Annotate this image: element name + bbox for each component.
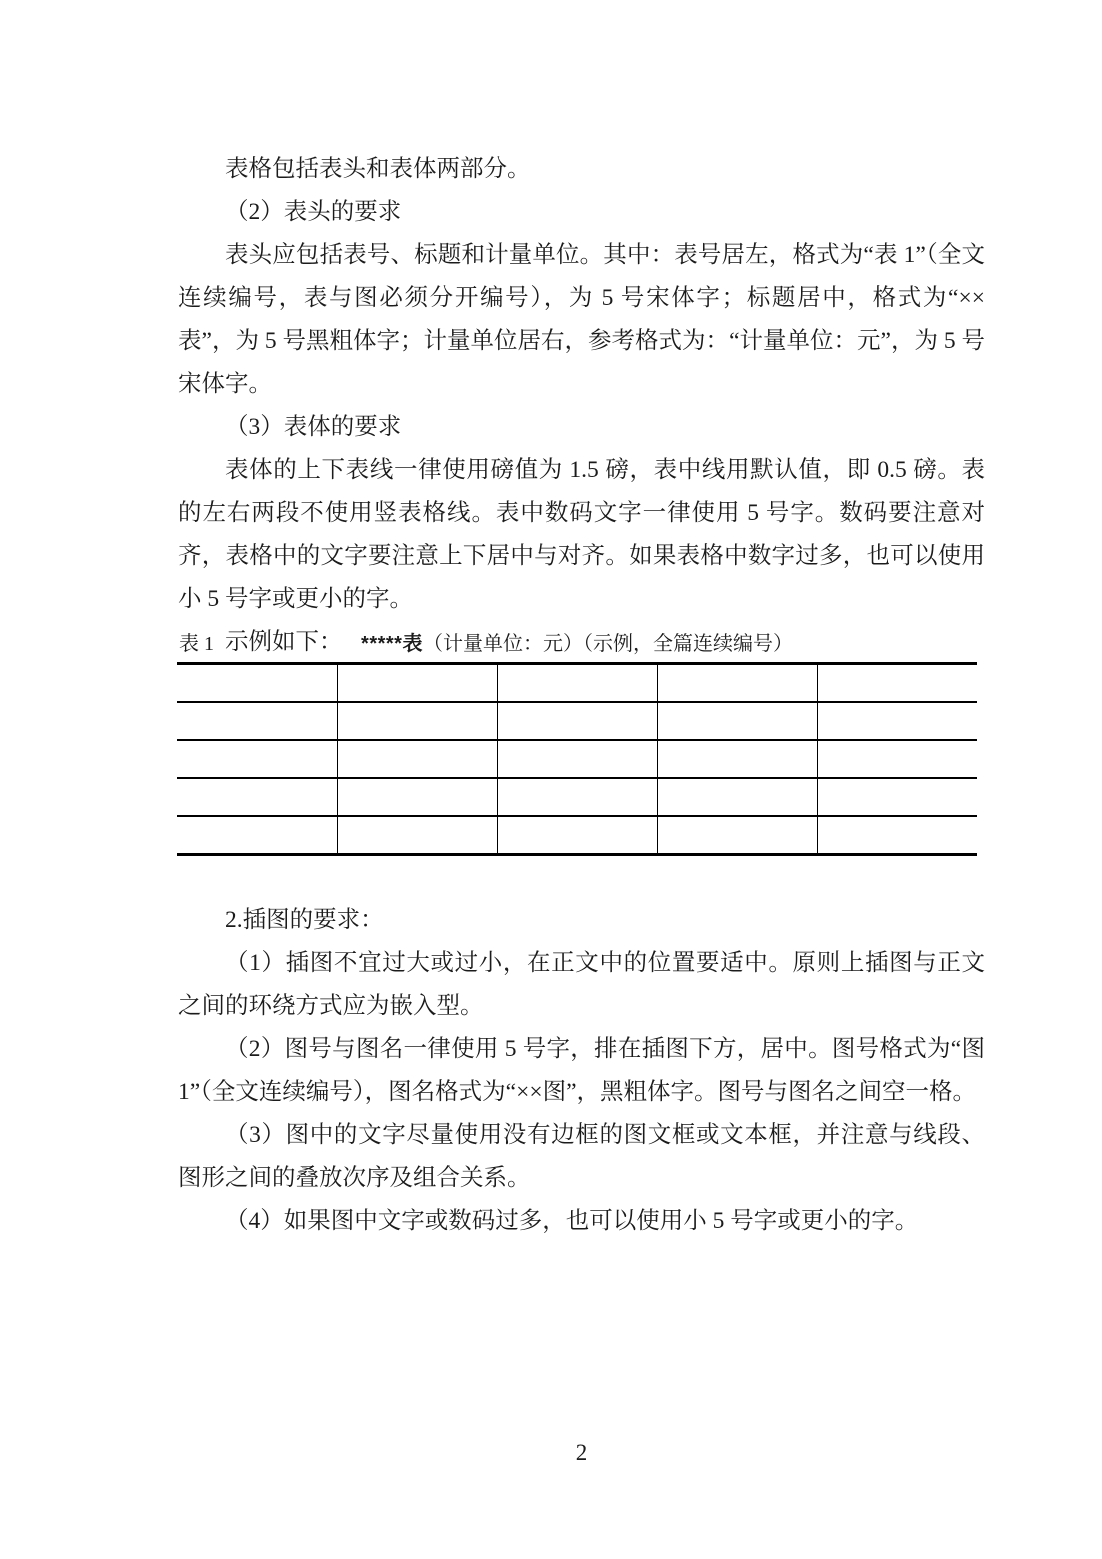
table-caption-title: *****表（计量单位：元）（示例，全篇连续编号） <box>177 626 977 662</box>
table-cell <box>657 816 817 855</box>
table-row <box>177 702 977 740</box>
paragraph: （2）表头的要求 <box>178 191 985 234</box>
table-cell <box>817 740 977 778</box>
table-caption-number: 表 1 <box>179 626 214 662</box>
paragraph: 表体的上下表线一律使用磅值为 1.5 磅，表中线用默认值，即 0.5 磅。表的左… <box>178 449 985 621</box>
page-number: 2 <box>178 1438 985 1468</box>
table-cell <box>657 740 817 778</box>
table-cell <box>337 778 497 816</box>
document-page: 表格包括表头和表体两部分。 （2）表头的要求 表头应包括表号、标题和计量单位。其… <box>0 0 1102 1559</box>
table-cell <box>497 740 657 778</box>
table-cell <box>817 664 977 703</box>
paragraph: （3）表体的要求 <box>178 406 985 449</box>
table-cell <box>177 778 337 816</box>
paragraph: 2.插图的要求： <box>178 899 985 942</box>
table-caption-title-bold: *****表 <box>361 633 423 655</box>
table-cell <box>177 740 337 778</box>
example-table-body <box>177 664 977 855</box>
table-caption-title-rest: （计量单位：元）（示例，全篇连续编号） <box>423 633 793 655</box>
table-cell <box>177 702 337 740</box>
table-cell <box>657 664 817 703</box>
table-cell <box>497 664 657 703</box>
table-row <box>177 740 977 778</box>
paragraph: （2）图号与图名一律使用 5 号字，排在插图下方，居中。图号格式为“图 1”（全… <box>178 1028 985 1114</box>
table-cell <box>657 778 817 816</box>
table-cell <box>177 816 337 855</box>
table-cell <box>497 816 657 855</box>
table-row <box>177 778 977 816</box>
body-text-top: 表格包括表头和表体两部分。 （2）表头的要求 表头应包括表号、标题和计量单位。其… <box>178 148 985 664</box>
table-cell <box>177 664 337 703</box>
table-cell <box>817 816 977 855</box>
paragraph: （1）插图不宜过大或过小，在正文中的位置要适中。原则上插图与正文之间的环绕方式应… <box>178 942 985 1028</box>
table-cell <box>497 778 657 816</box>
table-row <box>177 816 977 855</box>
table-cell <box>817 702 977 740</box>
table-cell <box>817 778 977 816</box>
table-cell <box>657 702 817 740</box>
table-row <box>177 664 977 703</box>
paragraph: 表头应包括表号、标题和计量单位。其中：表号居左，格式为“表 1”（全文连续编号，… <box>178 234 985 406</box>
body-text-bottom: 2.插图的要求： （1）插图不宜过大或过小，在正文中的位置要适中。原则上插图与正… <box>178 899 985 1243</box>
table-caption: 表 1 *****表（计量单位：元）（示例，全篇连续编号） <box>177 626 977 662</box>
table-cell <box>337 664 497 703</box>
paragraph: （4）如果图中文字或数码过多，也可以使用小 5 号字或更小的字。 <box>178 1200 985 1243</box>
table-cell <box>337 702 497 740</box>
paragraph: （3）图中的文字尽量使用没有边框的图文框或文本框，并注意与线段、图形之间的叠放次… <box>178 1114 985 1200</box>
table-cell <box>497 702 657 740</box>
table-cell <box>337 740 497 778</box>
table-cell <box>337 816 497 855</box>
paragraph: 表格包括表头和表体两部分。 <box>178 148 985 191</box>
example-table <box>177 662 977 856</box>
